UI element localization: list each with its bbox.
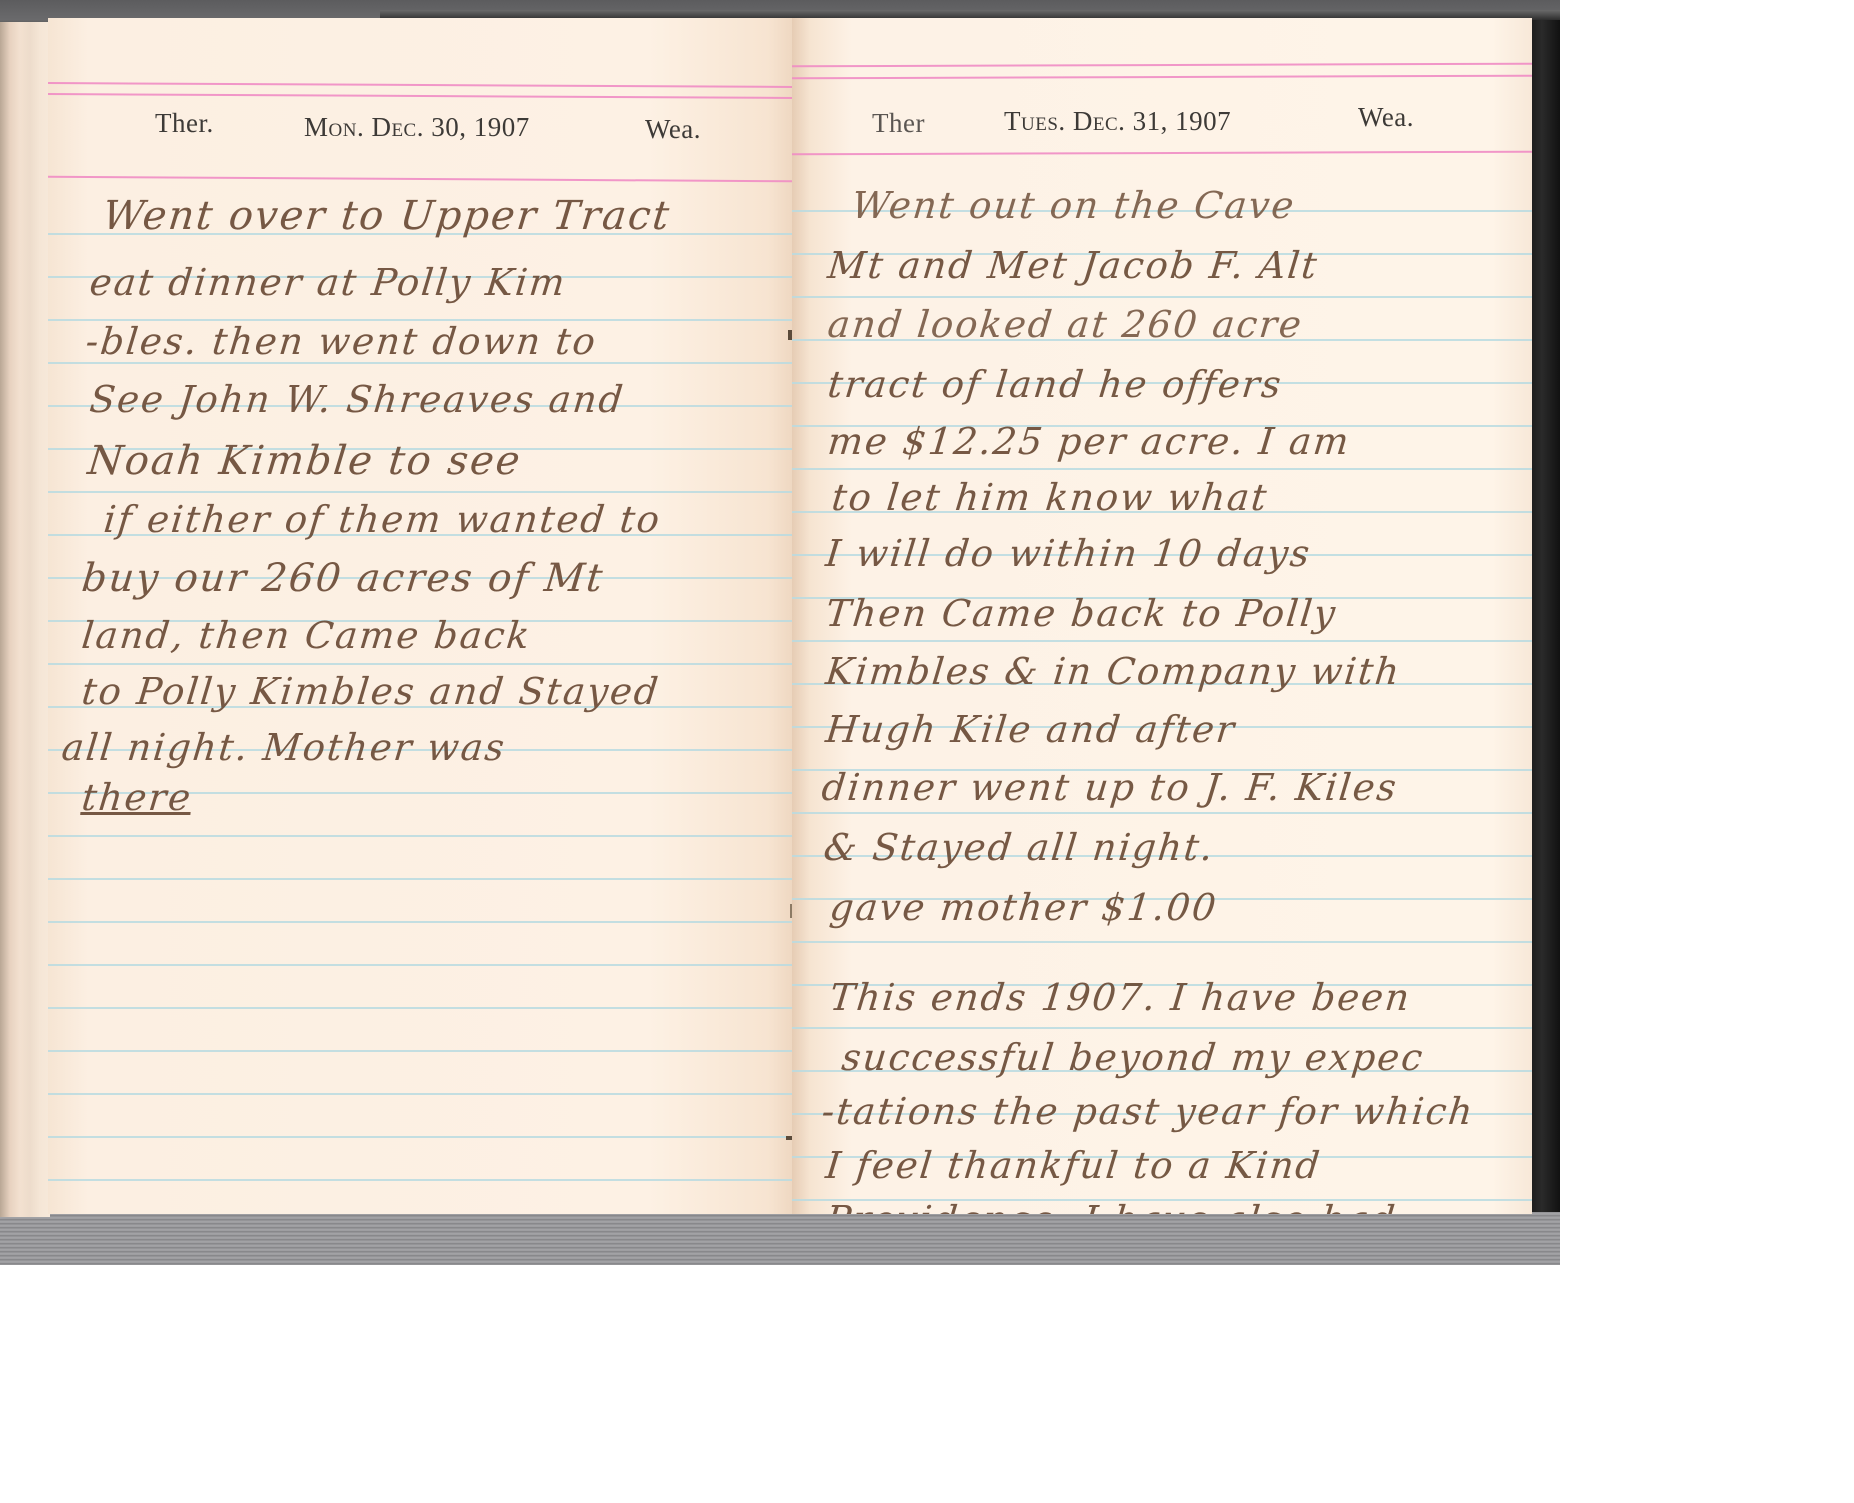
entry-line: gave mother $1.00 bbox=[828, 886, 1220, 929]
entry-line: Providence. I have also had bbox=[824, 1198, 1399, 1214]
entry-line: I feel thankful to a Kind bbox=[824, 1144, 1324, 1187]
entry-line: all night. Mother was bbox=[60, 726, 509, 769]
entry-line: Went out on the Cave bbox=[850, 184, 1298, 227]
pink-double-rule-bottom bbox=[48, 93, 793, 99]
entry-line: & Stayed all night. bbox=[822, 826, 1217, 869]
entry-line: me $12.25 per acre. I am bbox=[826, 420, 1353, 463]
entry-line: to Polly Kimbles and Stayed bbox=[80, 670, 662, 713]
entry-line: -tations the past year for which bbox=[820, 1090, 1477, 1133]
entry-line: Then Came back to Polly bbox=[824, 592, 1339, 635]
entry-line: Mt and Met Jacob F. Alt bbox=[826, 244, 1321, 287]
book-cover-right-edge bbox=[1530, 20, 1560, 1220]
scanner-bed-bottom bbox=[0, 1212, 1560, 1265]
book-photo-scene: Ther. Mon. Dec. 30, 1907 Wea. bbox=[0, 0, 1560, 1265]
entry-line: Kimbles & in Company with bbox=[824, 650, 1403, 693]
pink-header-rule bbox=[792, 151, 1532, 156]
entry-line: and looked at 260 acre bbox=[826, 303, 1305, 346]
entry-line: eat dinner at Polly Kim bbox=[88, 261, 569, 304]
wea-label: Wea. bbox=[1358, 102, 1414, 133]
entry-line: dinner went up to J. F. Kiles bbox=[820, 766, 1400, 809]
pink-double-rule-top bbox=[792, 63, 1532, 68]
diary-page-left: Ther. Mon. Dec. 30, 1907 Wea. bbox=[48, 18, 793, 1214]
pink-double-rule-bottom bbox=[792, 75, 1532, 80]
wea-label: Wea. bbox=[645, 114, 701, 145]
entry-line: This ends 1907. I have been bbox=[828, 976, 1414, 1019]
entry-line: land, then Came back bbox=[80, 614, 534, 657]
entry-line: buy our 260 acres of Mt bbox=[80, 556, 607, 601]
entry-line: there bbox=[80, 776, 195, 819]
page-date: Tues. Dec. 31, 1907 bbox=[1004, 106, 1231, 137]
entry-line: See John W. Shreaves and bbox=[88, 378, 627, 421]
entry-line: Went over to Upper Tract bbox=[101, 193, 674, 239]
entry-line: if either of them wanted to bbox=[102, 498, 664, 541]
page-stack-edge bbox=[0, 22, 50, 1217]
entry-line: to let him know what bbox=[830, 476, 1271, 519]
ther-label: Ther. bbox=[155, 108, 214, 139]
diary-page-right: Ther Tues. Dec. 31, 1907 Wea. bbox=[792, 18, 1532, 1214]
pink-double-rule-top bbox=[48, 82, 793, 88]
entry-line: tract of land he offers bbox=[826, 363, 1285, 406]
entry-line: Noah Kimble to see bbox=[86, 438, 524, 484]
pink-header-rule bbox=[48, 176, 793, 183]
page-date: Mon. Dec. 30, 1907 bbox=[304, 112, 530, 143]
entry-line: successful beyond my expec bbox=[840, 1036, 1427, 1079]
entry-line: -bles. then went down to bbox=[84, 320, 600, 363]
entry-line: I will do within 10 days bbox=[824, 532, 1314, 575]
ther-label: Ther bbox=[872, 108, 925, 139]
entry-line: Hugh Kile and after bbox=[824, 708, 1238, 751]
